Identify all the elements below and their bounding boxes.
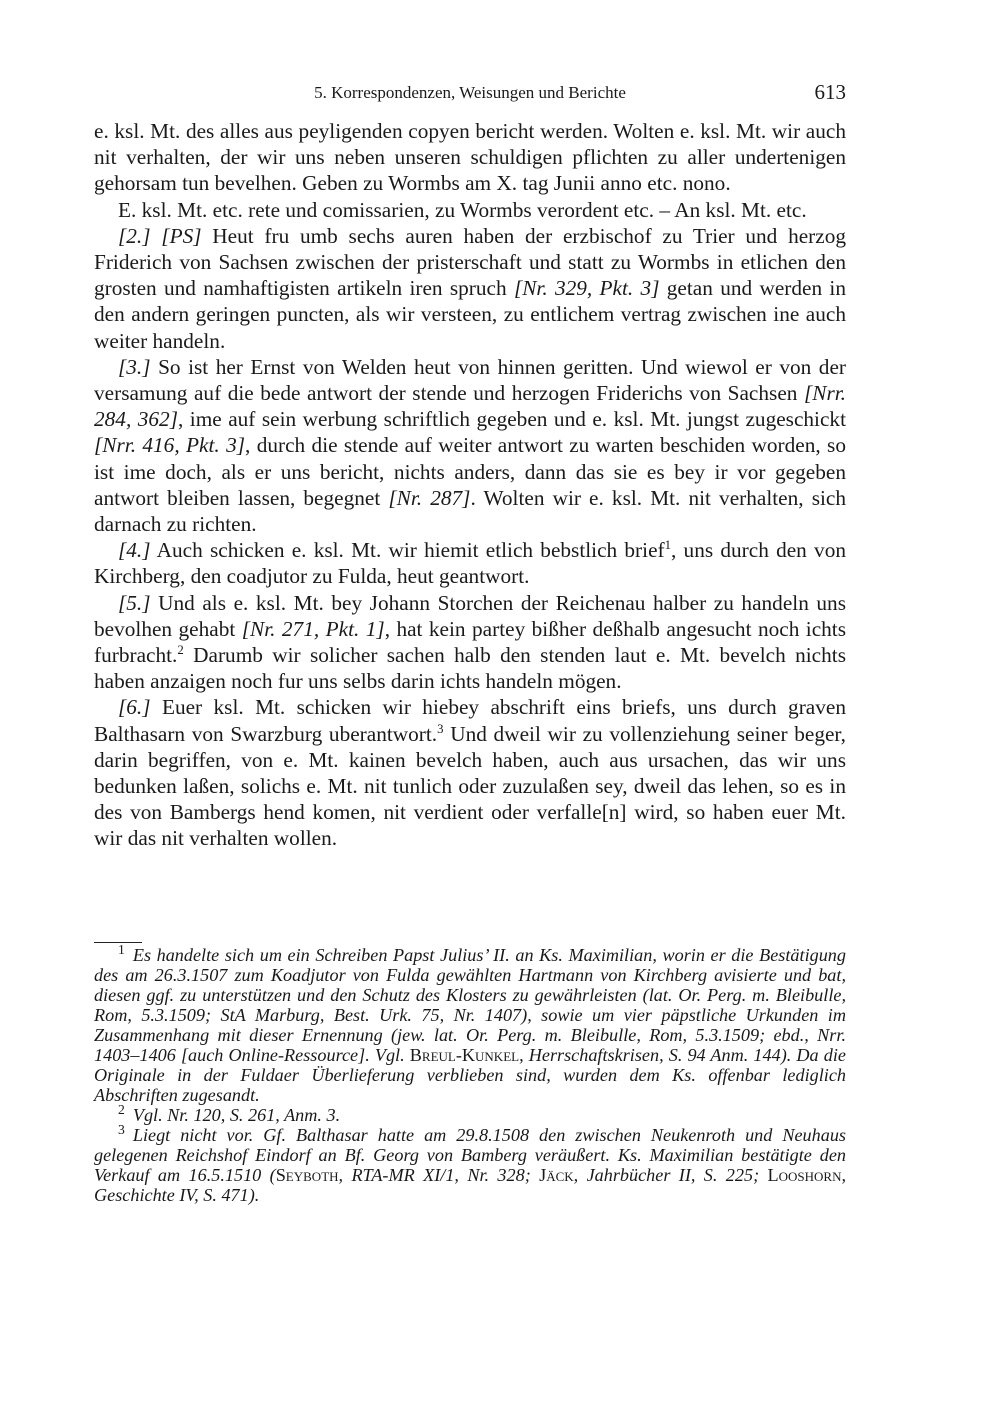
main-text: e. ksl. Mt. des alles aus peyligenden co… — [94, 118, 846, 852]
author-name: Looshorn — [768, 1165, 842, 1185]
author-name: Seyboth — [276, 1165, 339, 1185]
paragraph-closing: e. ksl. Mt. des alles aus peyligenden co… — [94, 118, 846, 197]
cross-reference: [Nrr. 416, Pkt. 3] — [94, 433, 245, 457]
author-name: Breul-Kunkel — [410, 1045, 519, 1065]
page-header: 5. Korrespondenzen, Weisungen und Berich… — [94, 80, 846, 106]
section-label: [2.] [PS] — [118, 224, 202, 248]
footnote-mark: 3 — [118, 1122, 125, 1137]
section-label: [6.] — [118, 695, 151, 719]
section-label: [5.] — [118, 591, 151, 615]
cross-reference: [Nr. 329, Pkt. 3] — [514, 276, 660, 300]
footnote-mark: 2 — [118, 1102, 125, 1117]
section-label: [3.] — [118, 355, 151, 379]
cross-reference: [Nr. 271, Pkt. 1] — [242, 617, 385, 641]
cross-reference: [Nr. 287] — [388, 486, 470, 510]
author-name: Jäck — [539, 1165, 574, 1185]
paragraph-3: [3.] So ist her Ernst von Welden heut vo… — [94, 354, 846, 537]
paragraph-2: [2.] [PS] Heut fru umb sechs auren haben… — [94, 223, 846, 354]
section-label: [4.] — [118, 538, 151, 562]
footnote-2: 2Vgl. Nr. 120, S. 261, Anm. 3. — [94, 1105, 846, 1125]
paragraph-signature: E. ksl. Mt. etc. rete und comissarien, z… — [94, 197, 846, 223]
paragraph-4: [4.] Auch schicken e. ksl. Mt. wir hiemi… — [94, 537, 846, 589]
paragraph-6: [6.] Euer ksl. Mt. schicken wir hiebey a… — [94, 694, 846, 851]
footnote-3: 3Liegt nicht vor. Gf. Balthasar hatte am… — [94, 1125, 846, 1205]
paragraph-5: [5.] Und als e. ksl. Mt. bey Johann Stor… — [94, 590, 846, 695]
footnote-mark: 1 — [118, 942, 125, 957]
running-title: 5. Korrespondenzen, Weisungen und Berich… — [94, 83, 846, 103]
footnotes: 1Es handelte sich um ein Schreiben Papst… — [94, 945, 846, 1205]
page-number: 613 — [815, 80, 847, 105]
footnote-1: 1Es handelte sich um ein Schreiben Papst… — [94, 945, 846, 1105]
